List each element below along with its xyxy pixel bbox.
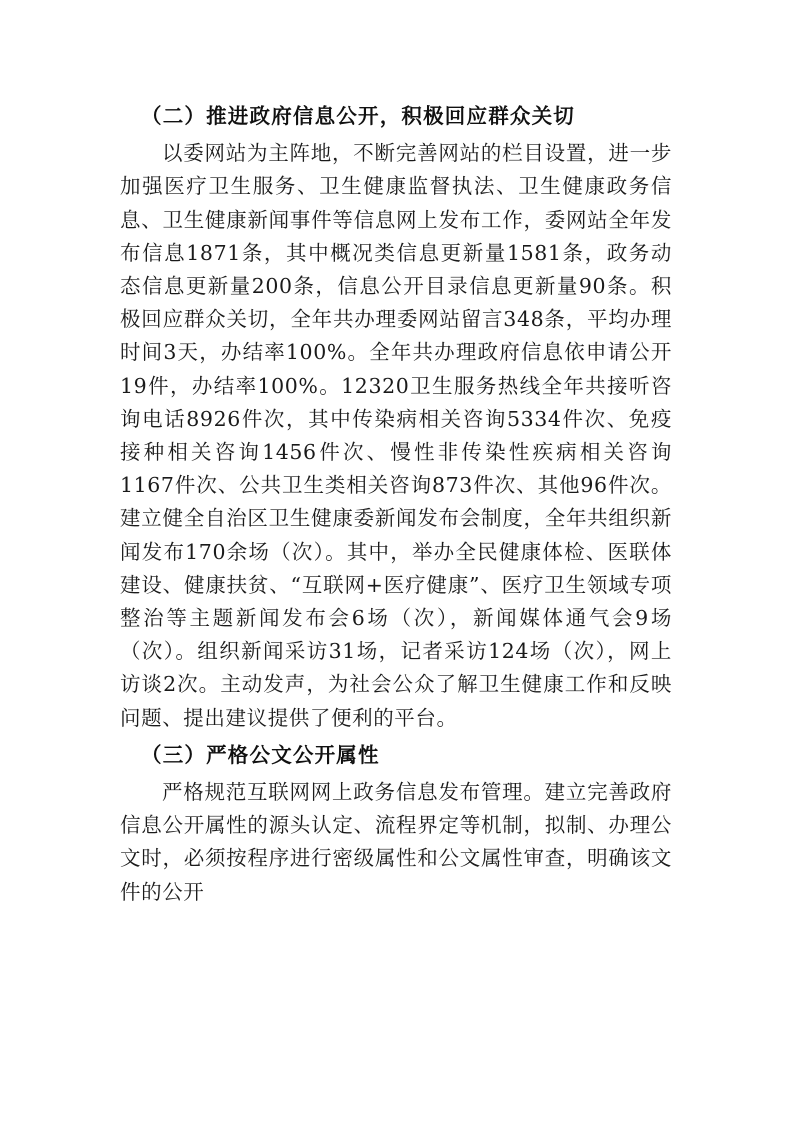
section-heading-3: （三）严格公文公开属性 — [120, 739, 672, 772]
section-2-paragraph: 以委网站为主阵地，不断完善网站的栏目设置，进一步加强医疗卫生服务、卫生健康监督执… — [120, 137, 672, 735]
section-heading-2: （二）推进政府信息公开，积极回应群众关切 — [120, 100, 672, 133]
section-3-paragraph: 严格规范互联网网上政务信息发布管理。建立完善政府信息公开属性的源头认定、流程界定… — [120, 776, 672, 909]
document-page: （二）推进政府信息公开，积极回应群众关切 以委网站为主阵地，不断完善网站的栏目设… — [120, 100, 672, 909]
